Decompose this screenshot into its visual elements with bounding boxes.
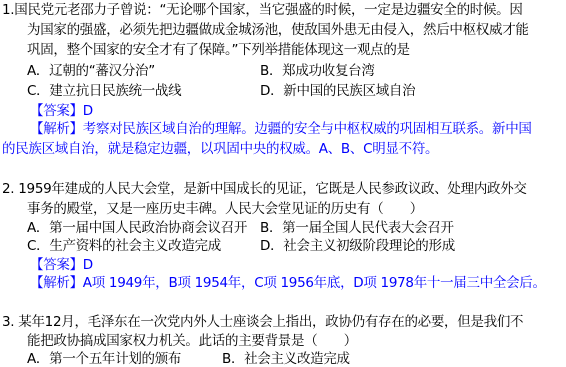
q1-answer: 【答案】D [30, 102, 93, 121]
q1-stem-line-2: 为国家的强盛，必须先把边疆做成金城汤池，使敌国外患无由侵入，然后中枢权威才能 [27, 21, 529, 40]
q2-stem-line-2: 事务的殿堂，又是一座历史丰碑。人民大会堂见证的历史有（ ） [27, 200, 423, 219]
q1-option-c: C．建立抗日民族统一战线 [27, 82, 181, 101]
q1-analysis-line-2: 的民族区域自治，就是稳定边疆，以巩固中央的权威。A、B、C明显不符。 [2, 140, 438, 159]
q3-stem-line-1: 3. 某年12月，毛泽东在一次党内外人士座谈会上指出，政协仍有存在的必要，但是我… [2, 313, 523, 332]
q3-option-b: B．社会主义改造完成 [222, 350, 350, 367]
q2-option-c: C．生产资料的社会主义改造完成 [27, 237, 221, 256]
q1-option-b: B．郑成功收复台湾 [260, 62, 375, 81]
q1-option-a: A．辽朝的“蕃汉分治” [27, 62, 155, 81]
q2-stem-line-1: 2. 1959年建成的人民大会堂，是新中国成长的见证，它既是人民参政议政、处理内… [2, 180, 527, 199]
q1-option-d: D．新中国的民族区域自治 [260, 82, 415, 101]
q1-analysis-line-1: 【解析】考察对民族区域自治的理解。边疆的安全与中枢权威的巩固相互联系。新中国 [30, 120, 532, 139]
q3-option-a: A．第一个五年计划的颁布 [27, 350, 181, 367]
q2-option-a: A．第一届中国人民政治协商会议召开 [27, 219, 247, 238]
q2-option-b: B．第一届全国人民代表大会召开 [260, 219, 454, 238]
q2-analysis-line-1: 【解析】A项 1949年，B项 1954年，C项 1956年底，D项 1978年… [30, 274, 546, 293]
q2-option-d: D．社会主义初级阶段理论的形成 [260, 237, 455, 256]
q2-answer: 【答案】D [30, 256, 93, 275]
q1-stem-line-3: 巩固，整个国家的安全才有了保障。”下列举措能体现这一观点的是 [27, 41, 410, 60]
q1-stem-line-1: 1.国民党元老邵力子曾说：“无论哪个国家，当它强盛的时候，一定是边疆安全的时候。… [2, 1, 523, 20]
q3-stem-line-2: 能把政协搞成国家权力机关。此话的主要背景是（ ） [27, 332, 357, 351]
